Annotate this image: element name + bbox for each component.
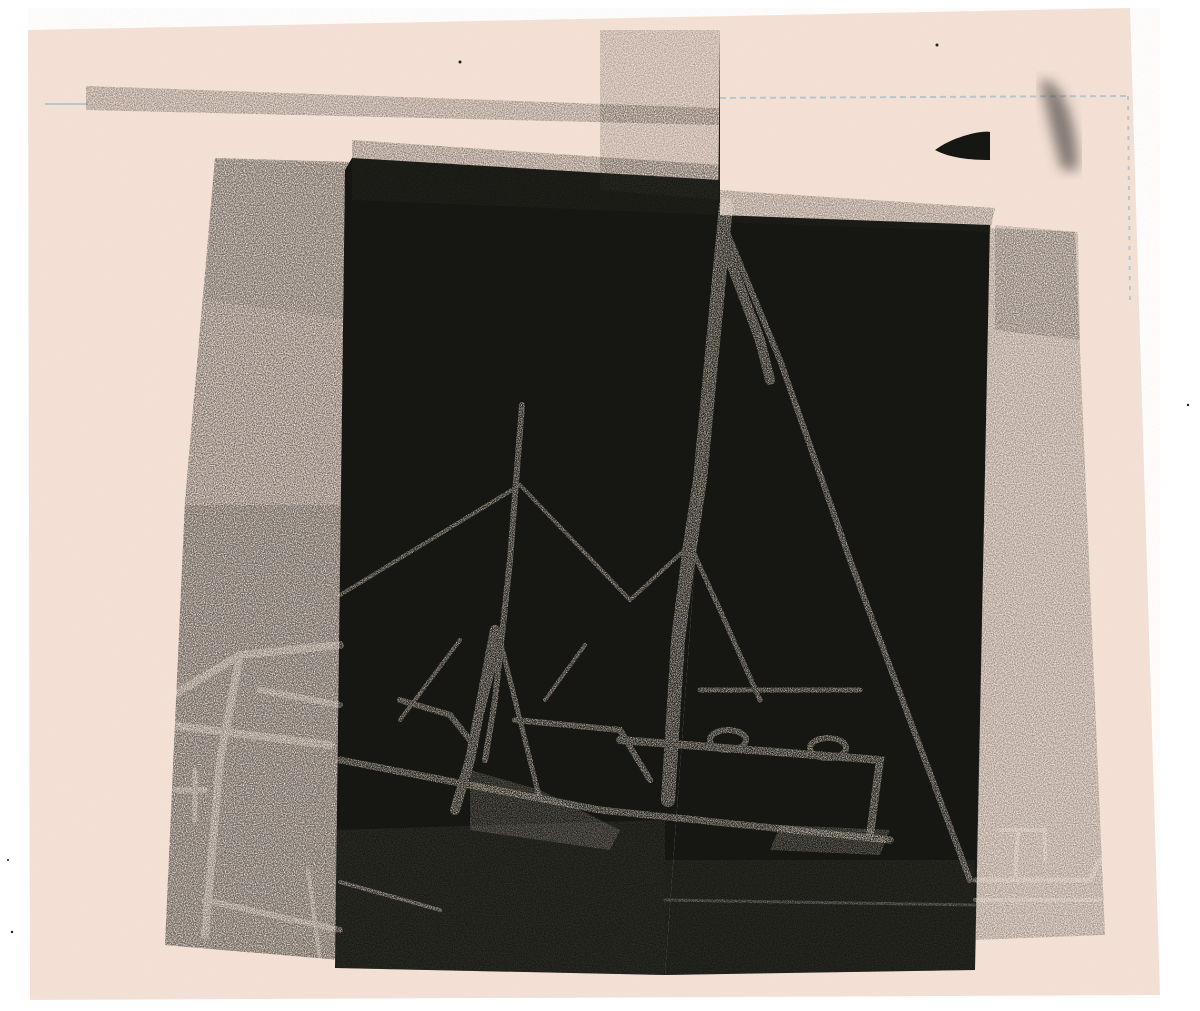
center-strip — [335, 140, 720, 975]
artwork-canvas — [0, 0, 1200, 1011]
